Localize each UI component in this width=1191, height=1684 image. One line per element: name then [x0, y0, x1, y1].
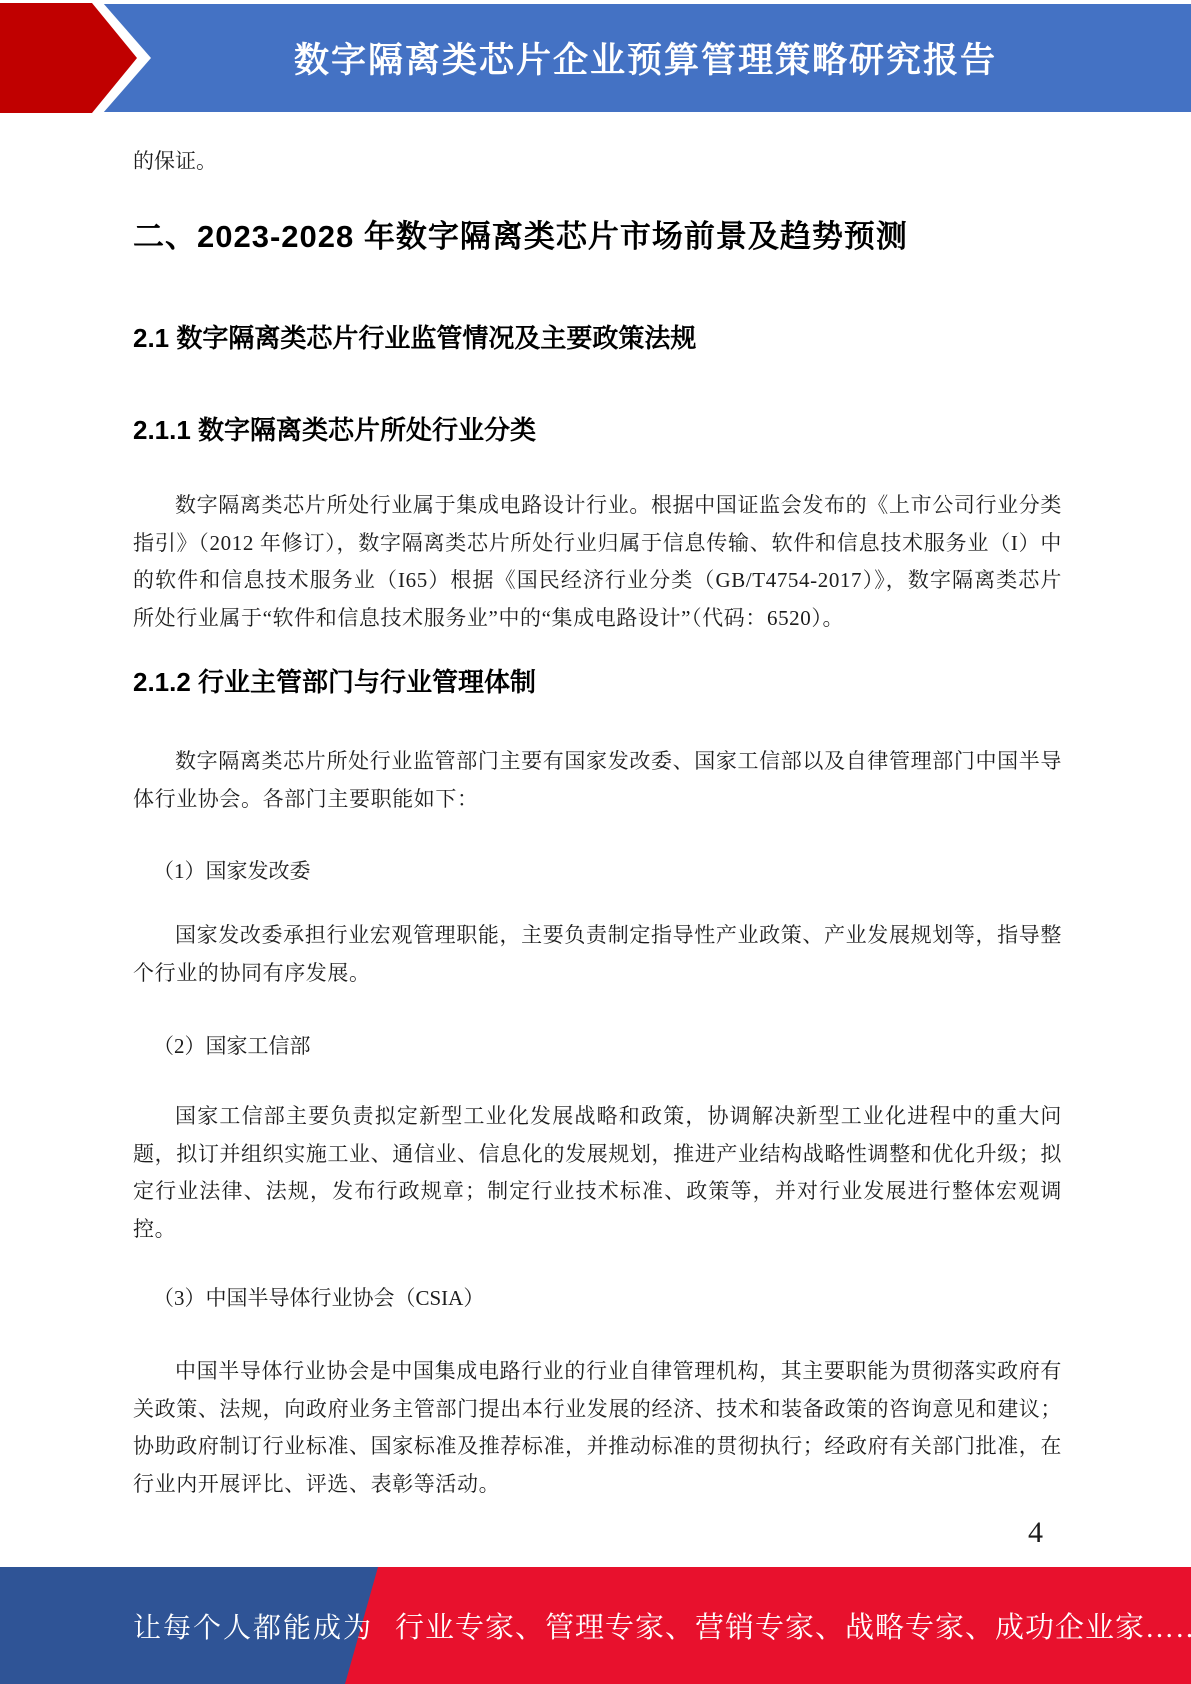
chevron-arrow-icon	[0, 3, 160, 113]
list-item-1-title: （1）国家发改委	[133, 853, 1062, 890]
subsection-heading-2-1-1: 2.1.1 数字隔离类芯片所处行业分类	[133, 410, 1062, 447]
footer-band: 让每个人都能成为 行业专家、管理专家、营销专家、战略专家、成功企业家……	[0, 1567, 1191, 1684]
footer-slogan-right: 行业专家、管理专家、营销专家、战略专家、成功企业家……	[395, 1567, 1191, 1684]
paragraph-csia: 中国半导体行业协会是中国集成电路行业的行业自律管理机构，其主要职能为贯彻落实政府…	[133, 1353, 1062, 1503]
list-item-3-title: （3）中国半导体行业协会（CSIA）	[133, 1280, 1062, 1317]
paragraph-miit: 国家工信部主要负责拟定新型工业化发展战略和政策，协调解决新型工业化进程中的重大问…	[133, 1098, 1062, 1248]
page-number: 4	[1028, 1516, 1043, 1550]
subsection-heading-2-1: 2.1 数字隔离类芯片行业监管情况及主要政策法规	[133, 318, 1062, 355]
footer-slogan-left: 让每个人都能成为	[133, 1567, 373, 1684]
paragraph-ndrc: 国家发改委承担行业宏观管理职能，主要负责制定指导性产业政策、产业发展规划等，指导…	[133, 917, 1062, 992]
list-item-2-title: （2）国家工信部	[133, 1028, 1062, 1065]
header-banner: 数字隔离类芯片企业预算管理策略研究报告	[30, 4, 1191, 112]
chevron-arrow-svg	[0, 3, 160, 113]
report-title: 数字隔离类芯片企业预算管理策略研究报告	[224, 33, 997, 83]
section-heading: 二、2023-2028 年数字隔离类芯片市场前景及趋势预测	[133, 211, 1062, 256]
subsection-heading-2-1-2: 2.1.2 行业主管部门与行业管理体制	[133, 662, 1062, 699]
paragraph-industry-classification: 数字隔离类芯片所处行业属于集成电路设计行业。根据中国证监会发布的《上市公司行业分…	[133, 487, 1062, 637]
intro-text: 的保证。	[133, 143, 1062, 180]
paragraph-regulators-overview: 数字隔离类芯片所处行业监管部门主要有国家发改委、国家工信部以及自律管理部门中国半…	[133, 743, 1062, 818]
report-page: 数字隔离类芯片企业预算管理策略研究报告 的保证。 二、2023-2028 年数字…	[0, 0, 1191, 1684]
